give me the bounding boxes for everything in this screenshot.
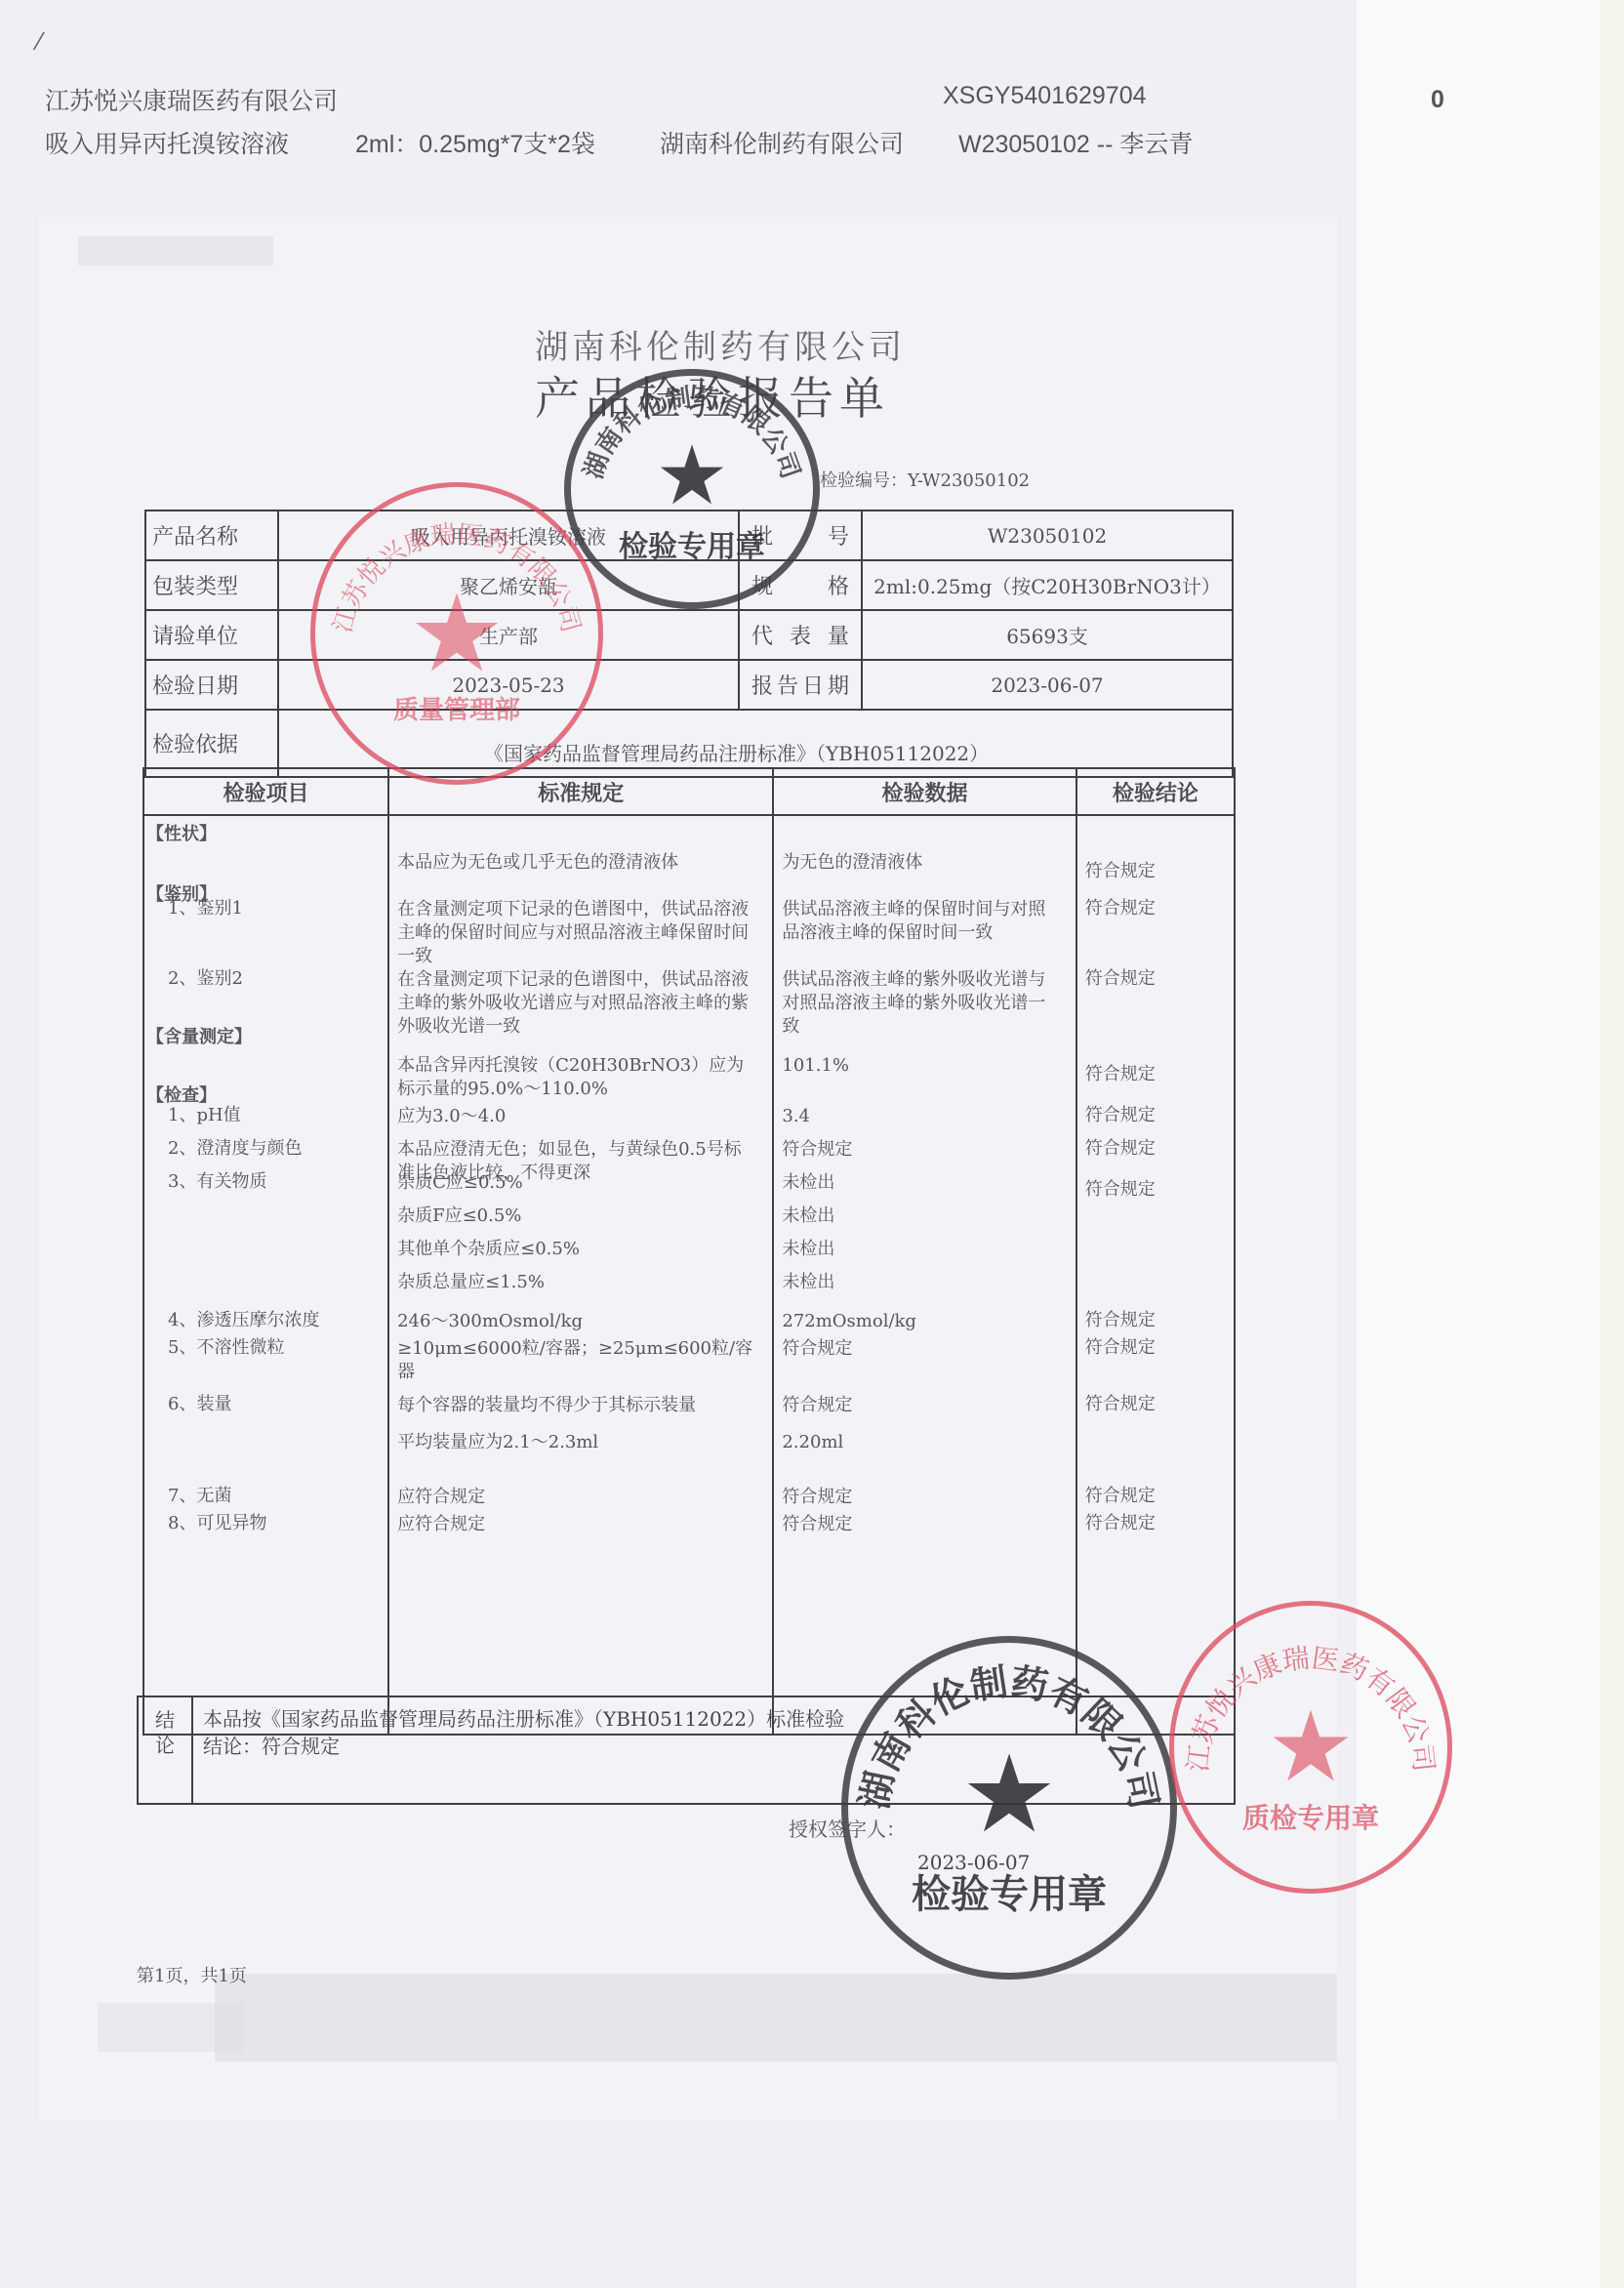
test-item: 8、可见异物 (168, 1513, 266, 1534)
test-item: 1、pH值 (168, 1105, 241, 1126)
report-number: 检验编号：Y-W23050102 (820, 467, 1030, 492)
conclusion-table: 结论 本品按《国家药品监督管理局药品注册标准》（YBH05112022）标准检验… (137, 1696, 1236, 1805)
spec-label: 规 格 (739, 560, 862, 610)
requester-value: 生产部 (278, 610, 739, 660)
test-result: 符合规定 (1085, 1394, 1156, 1415)
batch-label: 批 号 (739, 511, 862, 560)
test-standard: 杂质F应≤0.5% (397, 1205, 758, 1228)
test-data: 为无色的澄清液体 (782, 851, 1060, 875)
report-title: 产品检验报告单 (535, 363, 890, 428)
test-standard: 在含量测定项下记录的色谱图中，供试品溶液主峰的紫外吸收光谱应与对照品溶液主峰的紫… (397, 968, 758, 1039)
test-standard: 应符合规定 (397, 1486, 758, 1509)
test-item: 【含量测定】 (146, 1027, 252, 1048)
scan-edge (1601, 0, 1624, 2288)
requester-label: 请验单位 (145, 610, 278, 660)
quantity-value: 65693支 (862, 610, 1233, 660)
batch-value: W23050102 (862, 511, 1233, 560)
package-label: 包装类型 (145, 560, 278, 610)
report-date-label: 报告日期 (739, 660, 862, 710)
test-standard: 平均装量应为2.1～2.3ml (397, 1431, 758, 1454)
test-item: 4、渗透压摩尔浓度 (168, 1310, 319, 1331)
test-data: 供试品溶液主峰的紫外吸收光谱与对照品溶液主峰的紫外吸收光谱一致 (782, 968, 1060, 1039)
test-result: 符合规定 (1085, 1310, 1156, 1331)
test-standard: 应符合规定 (397, 1513, 758, 1536)
corner-number: 0 (1431, 86, 1444, 114)
column-header: 标准规定 (388, 768, 773, 815)
test-result: 符合规定 (1085, 968, 1156, 990)
test-result: 符合规定 (1085, 861, 1156, 882)
signer-label: 授权签字人： (789, 1814, 906, 1842)
test-item: 7、无菌 (168, 1486, 231, 1507)
column-header: 检验数据 (773, 768, 1076, 815)
test-results-table: 检验项目 标准规定 检验数据 检验结论 【性状】【鉴别】1、鉴别12、鉴别2【含… (142, 767, 1236, 1736)
test-item: 【检查】 (146, 1085, 217, 1107)
test-standard: 246～300mOsmol/kg (397, 1310, 758, 1333)
test-standard: 在含量测定项下记录的色谱图中，供试品溶液主峰的保留时间应与对照品溶液主峰保留时间… (397, 898, 758, 968)
test-item: 【性状】 (146, 824, 217, 845)
test-item: 2、澄清度与颜色 (168, 1138, 302, 1160)
test-result: 符合规定 (1085, 1486, 1156, 1507)
test-item: 2、鉴别2 (168, 968, 243, 990)
data-column: 为无色的澄清液体供试品溶液主峰的保留时间与对照品溶液主峰的保留时间一致供试品溶液… (773, 815, 1076, 1735)
test-item: 6、装量 (168, 1394, 231, 1415)
scan-margin (1357, 0, 1624, 2288)
test-standard: 本品含异丙托溴铵（C20H30BrNO3）应为标示量的95.0%～110.0% (397, 1054, 758, 1101)
results-column: 符合规定符合规定符合规定符合规定符合规定符合规定符合规定符合规定符合规定符合规定… (1076, 815, 1235, 1735)
conclusion-label: 结论 (138, 1696, 192, 1804)
header-product: 吸入用异丙托溴铵溶液 (45, 125, 289, 160)
test-item: 5、不溶性微粒 (168, 1337, 284, 1359)
scan-code: XSGY5401629704 (943, 82, 1147, 110)
test-data: 符合规定 (782, 1337, 1060, 1361)
test-data: 供试品溶液主峰的保留时间与对照品溶液主峰的保留时间一致 (782, 898, 1060, 945)
test-item: 1、鉴别1 (168, 898, 243, 919)
product-name-label: 产品名称 (145, 511, 278, 560)
conclusion-text: 本品按《国家药品监督管理局药品注册标准》（YBH05112022）标准检验 结论… (192, 1696, 1235, 1804)
conclusion-line-1: 本品按《国家药品监督管理局药品注册标准》（YBH05112022）标准检验 (203, 1705, 1224, 1733)
test-data: 符合规定 (782, 1138, 1060, 1162)
header-spec: 2ml：0.25mg*7支*2袋 (355, 125, 595, 160)
test-result: 符合规定 (1085, 1513, 1156, 1534)
test-standard: 杂质总量应≤1.5% (397, 1271, 758, 1294)
test-data: 未检出 (782, 1171, 1060, 1195)
test-result: 符合规定 (1085, 1064, 1156, 1085)
product-name: 吸入用异丙托溴铵溶液 (278, 511, 739, 560)
test-data: 符合规定 (782, 1394, 1060, 1417)
test-standard: 每个容器的装量均不得少于其标示装量 (397, 1394, 758, 1417)
test-result: 符合规定 (1085, 1179, 1156, 1201)
test-standard: 杂质C应≤0.5% (397, 1171, 758, 1195)
test-result: 符合规定 (1085, 898, 1156, 919)
test-data: 未检出 (782, 1238, 1060, 1261)
test-data: 未检出 (782, 1205, 1060, 1228)
test-data: 符合规定 (782, 1513, 1060, 1536)
test-data: 3.4 (782, 1105, 1060, 1128)
sign-date: 2023-06-07 (917, 1851, 1030, 1874)
test-data: 272mOsmol/kg (782, 1310, 1060, 1333)
test-result: 符合规定 (1085, 1138, 1156, 1160)
standards-column: 本品应为无色或几乎无色的澄清液体在含量测定项下记录的色谱图中，供试品溶液主峰的保… (388, 815, 773, 1735)
test-data: 符合规定 (782, 1486, 1060, 1509)
test-standard: 应为3.0～4.0 (397, 1105, 758, 1128)
spec-value: 2ml:0.25mg（按C20H30BrNO3计） (862, 560, 1233, 610)
items-column: 【性状】【鉴别】1、鉴别12、鉴别2【含量测定】【检查】1、pH值2、澄清度与颜… (143, 815, 388, 1735)
test-date-value: 2023-05-23 (278, 660, 739, 710)
header-batch-signer: W23050102 -- 李云青 (958, 125, 1193, 160)
page-footer: 第1页，共1页 (137, 1962, 247, 1987)
header-manufacturer: 湖南科伦制药有限公司 (660, 125, 904, 160)
test-data: 101.1% (782, 1054, 1060, 1078)
conclusion-line-2: 结论：符合规定 (203, 1733, 1224, 1760)
test-result: 符合规定 (1085, 1337, 1156, 1359)
test-item: 3、有关物质 (168, 1171, 266, 1193)
pen-mark: / (32, 29, 46, 54)
report-date-value: 2023-06-07 (862, 660, 1233, 710)
column-header: 检验项目 (143, 768, 388, 815)
test-result: 符合规定 (1085, 1105, 1156, 1126)
quantity-label: 代表量 (739, 610, 862, 660)
package-value: 聚乙烯安瓿 (278, 560, 739, 610)
test-standard: 其他单个杂质应≤0.5% (397, 1238, 758, 1261)
test-data: 未检出 (782, 1271, 1060, 1294)
test-standard: ≥10μm≤6000粒/容器；≥25μm≤600粒/容器 (397, 1337, 758, 1384)
test-date-label: 检验日期 (145, 660, 278, 710)
report-company: 湖南科伦制药有限公司 (535, 320, 906, 368)
test-data: 2.20ml (782, 1431, 1060, 1454)
distributor-name: 江苏悦兴康瑞医药有限公司 (45, 82, 338, 117)
info-table: 产品名称 吸入用异丙托溴铵溶液 批 号 W23050102 包装类型 聚乙烯安瓿… (144, 510, 1234, 778)
test-standard: 本品应为无色或几乎无色的澄清液体 (397, 851, 758, 875)
column-header: 检验结论 (1076, 768, 1235, 815)
